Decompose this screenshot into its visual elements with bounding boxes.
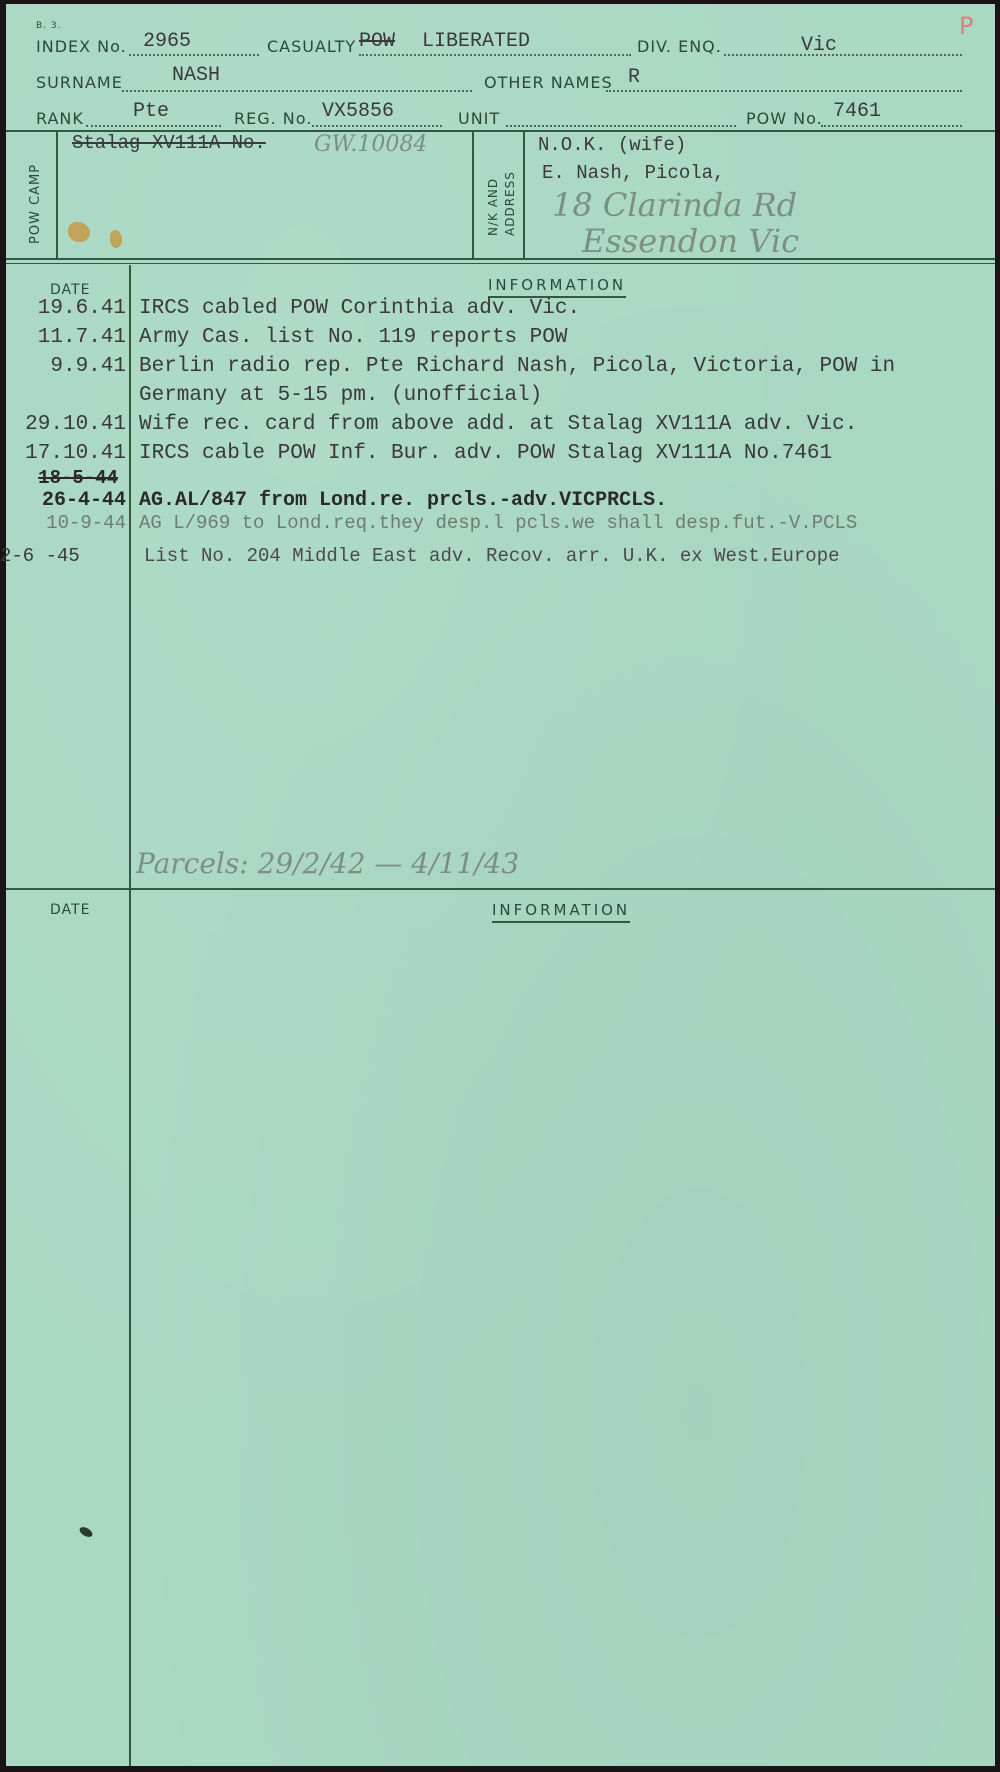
index-no-value: 2965 — [143, 30, 191, 53]
unit-label: UNIT — [458, 109, 500, 128]
casualty-struck-value: POW — [359, 30, 395, 53]
nok-typed-line1: N.O.K. (wife) — [538, 134, 686, 156]
entry-text: AG L/969 to Lond.req.they desp.l pcls.we… — [139, 512, 857, 534]
nok-typed-line2: E. Nash, Picola, — [542, 162, 724, 184]
entry-text: Army Cas. list No. 119 reports POW — [139, 326, 567, 349]
reg-no-value: VX5856 — [322, 100, 394, 123]
entry-text: Berlin radio rep. Pte Richard Nash, Pico… — [139, 355, 895, 378]
pow-camp-label: POW CAMP — [28, 164, 43, 244]
section1-info-header: INFORMATION — [488, 276, 626, 298]
section2-date-header: DATE — [50, 902, 90, 918]
pow-no-label: POW No. — [746, 109, 823, 128]
entry-date: 26-4-44 — [6, 489, 126, 512]
entry-text: AG.AL/847 from Lond.re. prcls.-adv.VICPR… — [139, 489, 667, 512]
section1-date-header: DATE — [50, 282, 90, 298]
nok-handwritten-line2: Essendon Vic — [582, 222, 799, 260]
surname-label: SURNAME — [36, 73, 123, 92]
entry-text: Germany at 5-15 pm. (unofficial) — [139, 384, 542, 407]
pow-no-value: 7461 — [833, 100, 881, 123]
casualty-label: CASUALTY — [267, 37, 356, 56]
casualty-index-card: B. 3. P INDEX No. 2965 CASUALTY POW LIBE… — [6, 4, 995, 1766]
entry-date: 29.10.41 — [6, 413, 126, 436]
other-names-value: R — [628, 66, 640, 89]
entry-text: IRCS cable POW Inf. Bur. adv. POW Stalag… — [139, 442, 832, 465]
unit-value-line — [506, 125, 736, 127]
pow-camp-struck-value: Stalag XV111A No. — [72, 132, 266, 154]
surname-value: NASH — [172, 64, 220, 87]
section2-info-header: INFORMATION — [492, 901, 630, 923]
rank-value: Pte — [133, 100, 169, 123]
other-names-label: OTHER NAMES — [484, 73, 613, 92]
casualty-value: LIBERATED — [422, 30, 530, 53]
div-enq-value: Vic — [801, 34, 837, 57]
reg-no-label: REG. No. — [234, 109, 312, 128]
pow-camp-handwritten: GW.10084 — [314, 132, 427, 157]
corner-mark: P — [959, 12, 973, 40]
stain — [110, 230, 122, 248]
entry-date: 2-6 -45 — [0, 545, 80, 567]
stain — [68, 222, 90, 242]
entry-date: 11.7.41 — [6, 326, 126, 349]
entry-text: List No. 204 Middle East adv. Recov. arr… — [144, 545, 840, 567]
struck-date: 18-5-44 — [0, 467, 118, 489]
entry-date: 17.10.41 — [6, 442, 126, 465]
entry-date: 19.6.41 — [6, 297, 126, 320]
rank-label: RANK — [36, 109, 84, 128]
punch-hole — [78, 1525, 94, 1539]
div-enq-label: DIV. ENQ. — [637, 37, 722, 56]
index-no-label: INDEX No. — [36, 37, 127, 56]
form-code: B. 3. — [36, 21, 61, 31]
entry-text: IRCS cabled POW Corinthia adv. Vic. — [139, 297, 580, 320]
parcels-note: Parcels: 29/2/42 — 4/11/43 — [136, 847, 519, 880]
entry-text: Wife rec. card from above add. at Stalag… — [139, 413, 857, 436]
entry-date: 10-9-44 — [6, 512, 126, 534]
nok-label-line1: N/K AND — [486, 178, 500, 236]
nok-label-line2: ADDRESS — [503, 171, 517, 236]
nok-handwritten-line1: 18 Clarinda Rd — [552, 186, 797, 224]
entry-date: 9.9.41 — [6, 355, 126, 378]
